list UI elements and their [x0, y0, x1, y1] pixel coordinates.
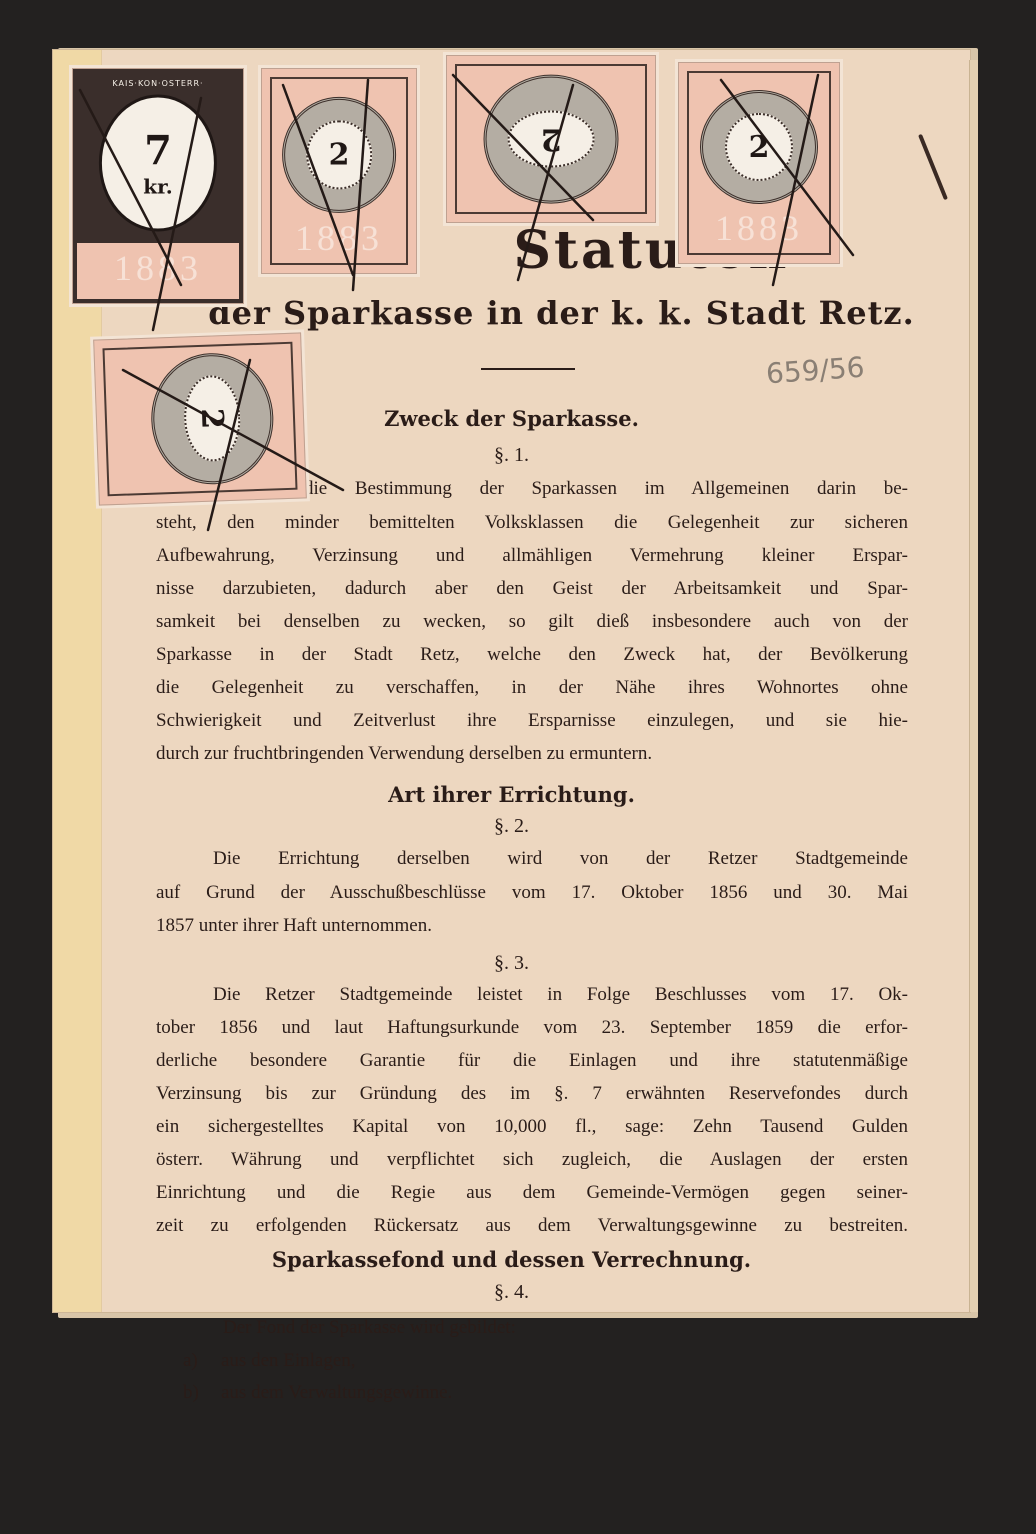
list-item: b)aus dem Verwaltungsgewinne. — [183, 1382, 452, 1404]
list-marker: b) — [183, 1382, 221, 1404]
text-line: Verzinsung bis zur Gründung des im §. 7 … — [156, 1083, 908, 1105]
stamp-value: 2 — [306, 120, 372, 189]
text-line: Aufbewahrung, Verzinsung und allmähligen… — [156, 545, 908, 567]
title-divider — [481, 368, 575, 370]
text-line: 1857 unter ihrer Haft unternommen. — [156, 915, 908, 937]
revenue-stamp-2kr: 2 — [93, 332, 307, 505]
list-text: aus den Einlagen, — [221, 1350, 356, 1371]
revenue-stamp-2kr: 2 — [446, 55, 656, 223]
revenue-stamp-7kr: KAIS·KON·OSTERR· 7 kr. 1883 — [72, 68, 244, 304]
stamp-value-unit: kr. — [143, 174, 173, 198]
stamp-value: 7 kr. — [124, 125, 192, 200]
stamp-top-text: KAIS·KON·OSTERR· — [73, 79, 243, 88]
paragraph-number-2: §. 2. — [53, 815, 970, 838]
document-page: Statuten der Sparkasse in der k. k. Stad… — [53, 50, 970, 1312]
list-marker: a) — [183, 1350, 221, 1372]
list-item: a)aus den Einlagen, — [183, 1350, 356, 1372]
stamp-value: 2 — [507, 110, 594, 167]
stamp-year: 1883 — [262, 217, 416, 259]
paragraph-number-4: §. 4. — [53, 1281, 970, 1304]
text-line: Der Fond der Sparkasse wird gebildet: — [223, 1317, 918, 1339]
text-line: steht, den minder bemittelten Volksklass… — [156, 512, 908, 534]
archive-pencil-note: 659/56 — [765, 351, 866, 391]
section-heading-2: Art ihrer Errichtung. — [53, 782, 970, 807]
list-text: aus dem Verwaltungsgewinne. — [221, 1382, 452, 1403]
paragraph-number-3: §. 3. — [53, 952, 970, 975]
text-line: ein sichergestelltes Kapital von 10,000 … — [156, 1116, 908, 1138]
text-line: Die Retzer Stadtgemeinde leistet in Folg… — [213, 984, 908, 1006]
text-line: tober 1856 und laut Haftungsurkunde vom … — [156, 1017, 908, 1039]
text-line: Einrichtung und die Regie aus dem Gemein… — [156, 1182, 908, 1204]
text-line: Sparkasse in der Stadt Retz, welche den … — [156, 644, 908, 666]
text-line: Schwierigkeit und Zeitverlust ihre Erspa… — [156, 710, 908, 732]
text-line: derliche besondere Garantie für die Einl… — [156, 1050, 908, 1072]
revenue-stamp-2kr: 2 1883 — [261, 68, 417, 274]
stamp-value: 2 — [725, 113, 793, 181]
text-line: nisse darzubieten, dadurch aber den Geis… — [156, 578, 908, 600]
text-line: die Gelegenheit zu verschaffen, in der N… — [156, 677, 908, 699]
text-line: zeit zu erfolgenden Rückersatz aus dem V… — [156, 1215, 908, 1237]
stamp-year: 1883 — [679, 207, 839, 249]
text-line: österr. Währung und verpflichtet sich zu… — [156, 1149, 908, 1171]
text-line: durch zur fruchtbringenden Verwendung de… — [156, 743, 908, 765]
section-heading-4: Sparkassefond und dessen Verrechnung. — [53, 1247, 970, 1272]
stamp-value-number: 7 — [144, 127, 172, 174]
stamp-year: 1883 — [73, 247, 243, 289]
text-line: auf Grund der Ausschußbeschlüsse vom 17.… — [156, 882, 908, 904]
text-line: Insofern die Bestimmung der Sparkassen i… — [213, 478, 908, 500]
revenue-stamp-2kr: 2 1883 — [678, 62, 840, 264]
text-line: samkeit bei denselben zu wecken, so gilt… — [156, 611, 908, 633]
text-line: Die Errichtung derselben wird von der Re… — [213, 848, 908, 870]
